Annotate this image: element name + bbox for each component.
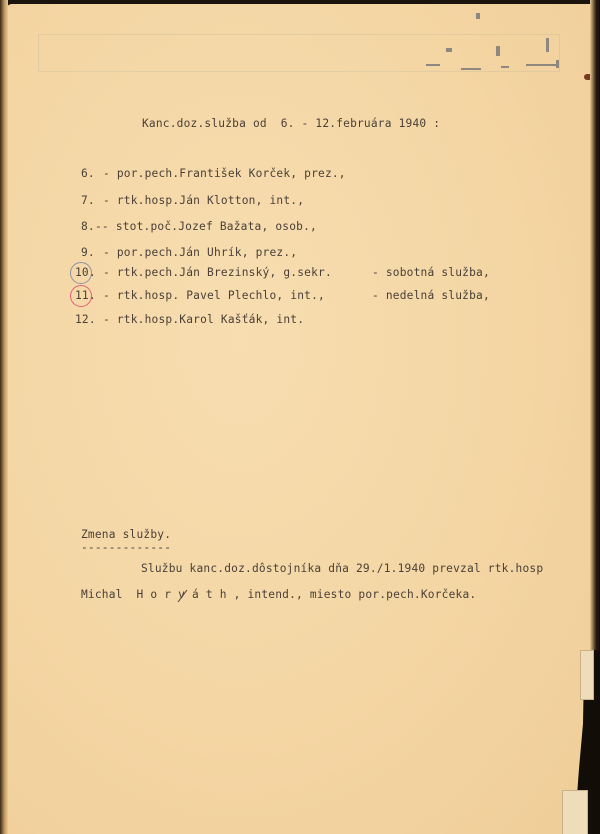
paper-flap <box>580 650 594 700</box>
roster-entry: - rtk.hosp.Ján Klotton, int., <box>103 194 304 207</box>
section-title: Zmena služby. <box>81 528 171 541</box>
roster-number: 9. <box>81 246 95 259</box>
typed-correction-mark <box>176 589 188 603</box>
roster-entry: - por.pech.František Korček, prez., <box>103 167 346 180</box>
roster-number: 12. <box>75 313 96 326</box>
roster-number: 10. <box>75 266 96 279</box>
change-paragraph-line-2: Michal H o r v á t h , intend., miesto p… <box>81 588 476 601</box>
change-paragraph-line-1: Službu kanc.doz.dôstojníka dňa 29./1.194… <box>141 562 543 575</box>
roster-entry: - rtk.hosp. Pavel Plechlo, int., <box>103 289 325 302</box>
binding-spine <box>0 0 8 834</box>
document-heading: Kanc.doz.služba od 6. - 12.februára 1940… <box>142 117 440 130</box>
roster-note: - sobotná služba, <box>372 266 490 279</box>
roster-number: 6. <box>81 167 95 180</box>
roster-number: 7. <box>81 194 95 207</box>
roster-number: 8. <box>81 220 95 233</box>
roster-entry: - rtk.hosp.Karol Kašťák, int. <box>103 313 304 326</box>
paper-flap <box>562 790 588 834</box>
roster-entry: - por.pech.Ján Uhrík, prez., <box>103 246 297 259</box>
roster-note: - nedelná služba, <box>372 289 490 302</box>
faded-stamp <box>406 8 586 78</box>
section-underline: ------------- <box>81 541 171 554</box>
roster-entry: -- stot.poč.Jozef Bažata, osob., <box>95 220 317 233</box>
roster-number: 11. <box>75 289 96 302</box>
roster-entry: - rtk.pech.Ján Brezinský, g.sekr. <box>103 266 332 279</box>
